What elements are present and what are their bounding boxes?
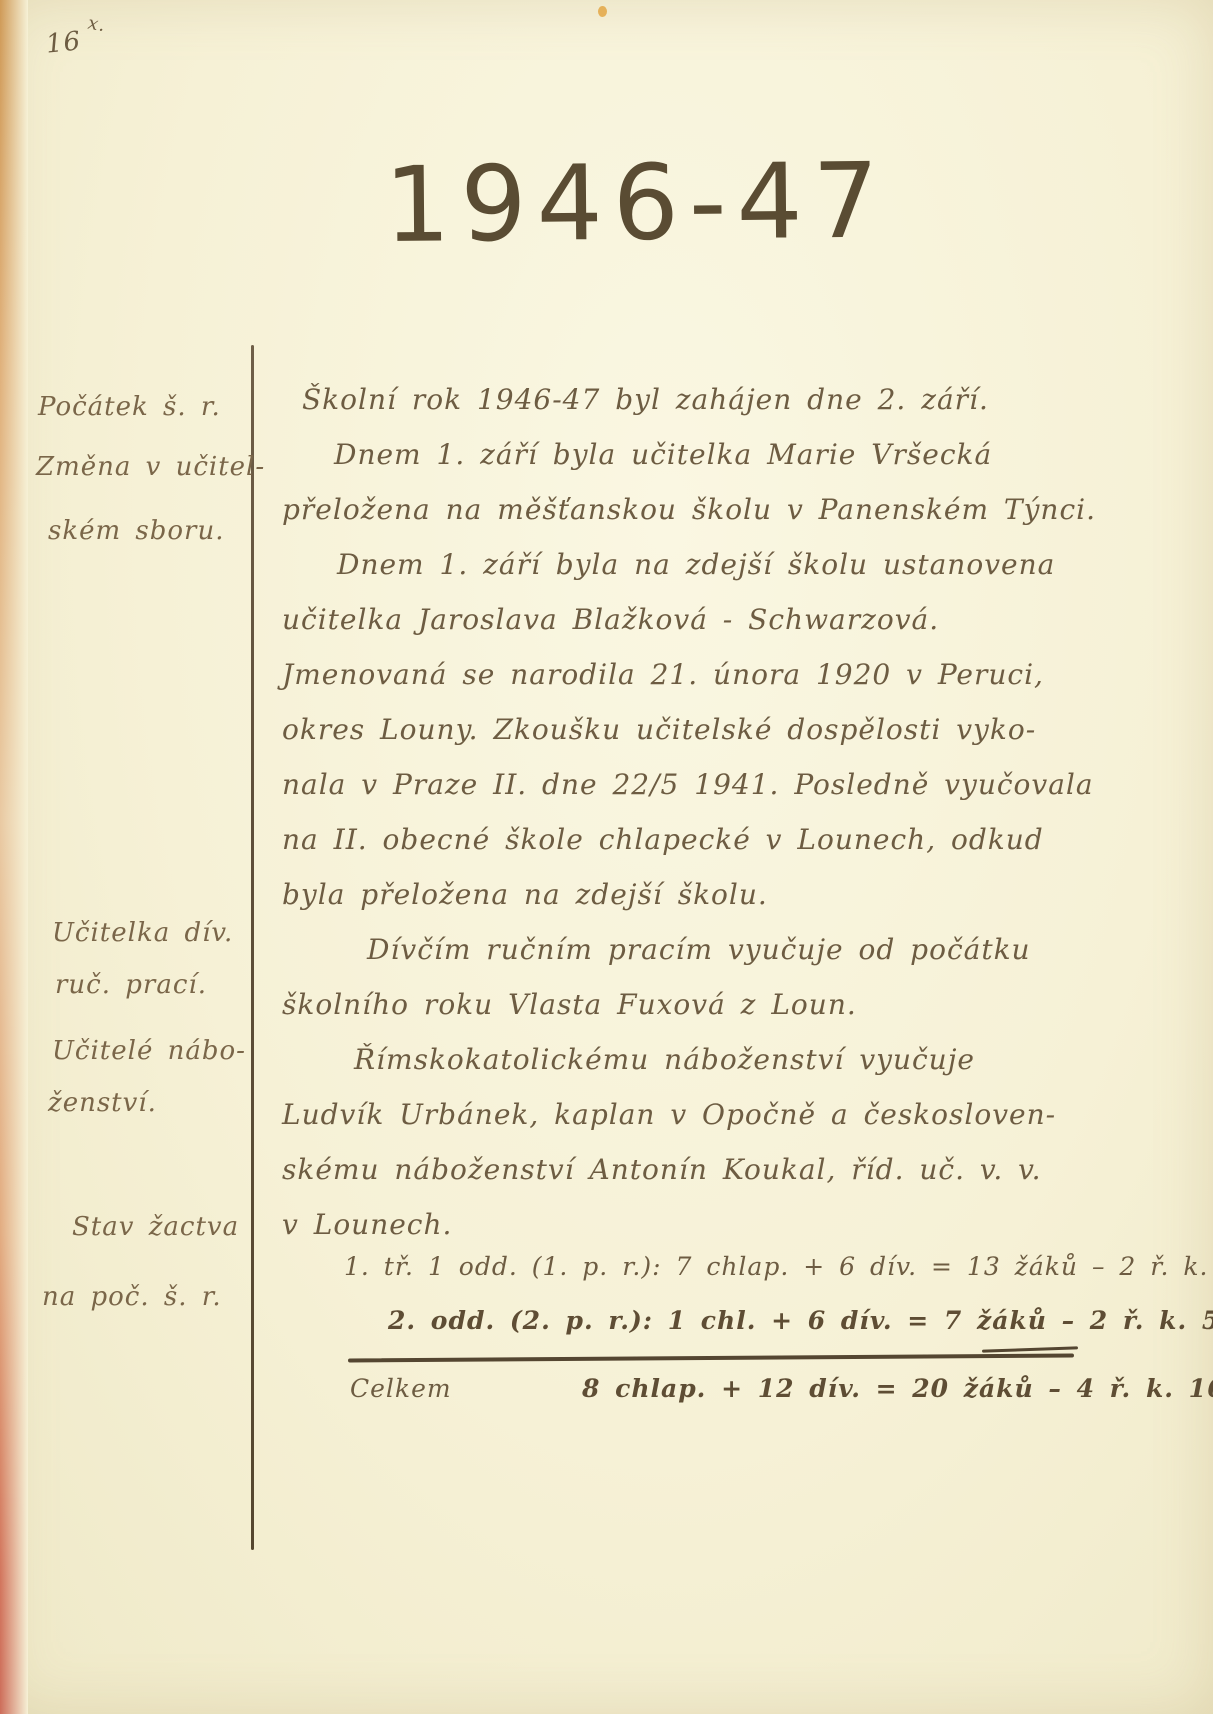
margin-note-ucitelka-2: ruč. prací. bbox=[55, 970, 207, 1000]
margin-note-nabozenstvi-2: ženství. bbox=[48, 1088, 157, 1118]
chronicle-line: Školní rok 1946-47 byl zahájen dne 2. zá… bbox=[282, 372, 1192, 427]
corner-mark: x. bbox=[86, 13, 107, 37]
margin-note-pocatek: Počátek š. r. bbox=[38, 392, 221, 422]
chronicle-page: 16 x. 1946-47 Počátek š. r. Změna v učit… bbox=[0, 0, 1213, 1714]
chronicle-line: na II. obecné škole chlapecké v Lounech,… bbox=[282, 812, 1192, 867]
enrollment-row-1: 1. tř. 1 odd. (1. p. r.): 7 chlap. + 6 d… bbox=[282, 1240, 1202, 1294]
margin-note-zmena-2: ském sboru. bbox=[48, 516, 224, 546]
chronicle-line: Jmenovaná se narodila 21. února 1920 v P… bbox=[282, 647, 1192, 702]
total-label: Celkem bbox=[350, 1362, 452, 1416]
chronicle-line: školního roku Vlasta Fuxová z Loun. bbox=[282, 977, 1192, 1032]
chronicle-line: byla přeložena na zdejší školu. bbox=[282, 867, 1192, 922]
enrollment-row-2: 2. odd. (2. p. r.): 1 chl. + 6 dív. = 7 … bbox=[282, 1294, 1202, 1348]
year-title: 1946-47 bbox=[0, 137, 1213, 270]
chronicle-line: přeložena na měšťanskou školu v Panenské… bbox=[282, 482, 1192, 537]
paper-stain bbox=[598, 6, 607, 17]
chronicle-line: Dívčím ručním pracím vyučuje od počátku bbox=[282, 922, 1192, 977]
margin-note-ucitelka-1: Učitelka dív. bbox=[52, 918, 233, 948]
margin-rule bbox=[251, 345, 254, 1550]
chronicle-line: Ludvík Urbánek, kaplan v Opočně a českos… bbox=[282, 1087, 1192, 1142]
chronicle-line: nala v Praze II. dne 22/5 1941. Posledně… bbox=[282, 757, 1192, 812]
enrollment-section: 1. tř. 1 odd. (1. p. r.): 7 chlap. + 6 d… bbox=[282, 1240, 1202, 1348]
chronicle-line: Římskokatolickému náboženství vyučuje bbox=[282, 1032, 1192, 1087]
chronicle-line: Dnem 1. září byla na zdejší školu ustano… bbox=[282, 537, 1192, 592]
chronicle-line: učitelka Jaroslava Blažková - Schwarzová… bbox=[282, 592, 1192, 647]
chronicle-text: Školní rok 1946-47 byl zahájen dne 2. zá… bbox=[282, 372, 1192, 1252]
margin-note-nabozenstvi-1: Učitelé nábo- bbox=[52, 1036, 246, 1066]
chronicle-line: skému náboženství Antonín Koukal, říd. u… bbox=[282, 1142, 1192, 1197]
chronicle-line: okres Louny. Zkoušku učitelské dospělost… bbox=[282, 702, 1192, 757]
margin-note-stav-2: na poč. š. r. bbox=[42, 1282, 222, 1312]
page-number: 16 bbox=[45, 26, 83, 60]
margin-note-zmena-1: Změna v učitel- bbox=[36, 452, 265, 482]
total-value: 8 chlap. + 12 dív. = 20 žáků – 4 ř. k. 1… bbox=[582, 1362, 1213, 1416]
chronicle-line: Dnem 1. září byla učitelka Marie Vršecká bbox=[282, 427, 1192, 482]
margin-note-stav-1: Stav žactva bbox=[72, 1212, 239, 1242]
